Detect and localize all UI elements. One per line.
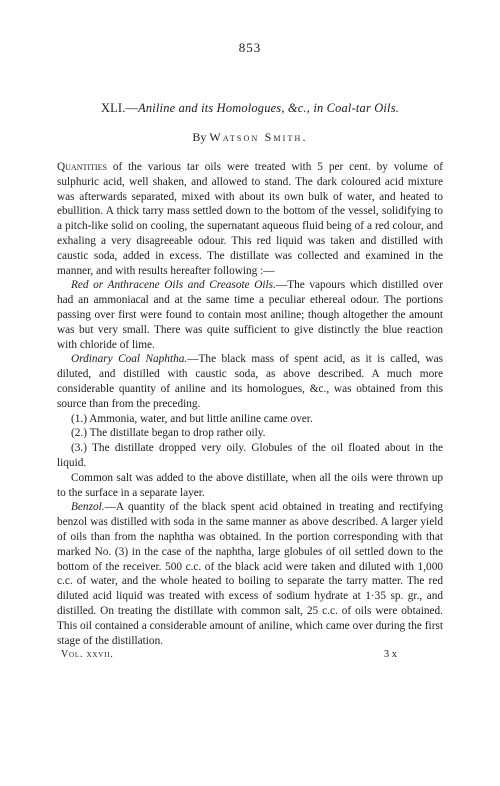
byline-prefix: By — [192, 130, 209, 144]
paragraph-lead: Benzol. — [71, 501, 105, 513]
article-title-text: Aniline and its Homologues, &c., in Coal… — [138, 101, 399, 115]
byline: By Watson Smith. — [57, 130, 443, 145]
paragraph-text: —A quantity of the black spent acid obta… — [57, 501, 443, 646]
list-item-3: (3.) The distillate dropped very oily. G… — [57, 441, 443, 471]
paragraph-lead: Red or Anthracene Oils and Creasote Oils… — [71, 279, 276, 291]
signature-mark: 3 x — [384, 649, 443, 660]
paragraph-text: of the various tar oils were treated wit… — [57, 161, 443, 277]
journal-page: 853 XLI.—Aniline and its Homologues, &c.… — [0, 0, 500, 786]
paragraph-quantities: Quantities of the various tar oils were … — [57, 160, 443, 278]
paragraph-lead: Quantities — [57, 161, 107, 173]
paragraph-benzol: Benzol.—A quantity of the black spent ac… — [57, 500, 443, 648]
paragraph-coal-naphtha: Ordinary Coal Naphtha.—The black mass of… — [57, 352, 443, 411]
article-body: Quantities of the various tar oils were … — [57, 160, 443, 648]
list-item-2: (2.) The distillate began to drop rather… — [57, 426, 443, 441]
volume-label: Vol. xxvii. — [57, 649, 114, 660]
paragraph-common-salt: Common salt was added to the above disti… — [57, 471, 443, 501]
paragraph-lead: Ordinary Coal Naphtha. — [71, 353, 187, 365]
list-item-1: (1.) Ammonia, water, and but little anil… — [57, 412, 443, 427]
page-footer: Vol. xxvii. 3 x — [57, 649, 443, 660]
article-number: XLI.— — [101, 101, 138, 115]
paragraph-red-anthracene-oils: Red or Anthracene Oils and Creasote Oils… — [57, 278, 443, 352]
article-title: XLI.—Aniline and its Homologues, &c., in… — [57, 101, 443, 116]
author-name: Watson Smith. — [209, 130, 307, 144]
page-number: 853 — [57, 40, 443, 56]
page-content: 853 XLI.—Aniline and its Homologues, &c.… — [57, 40, 443, 660]
